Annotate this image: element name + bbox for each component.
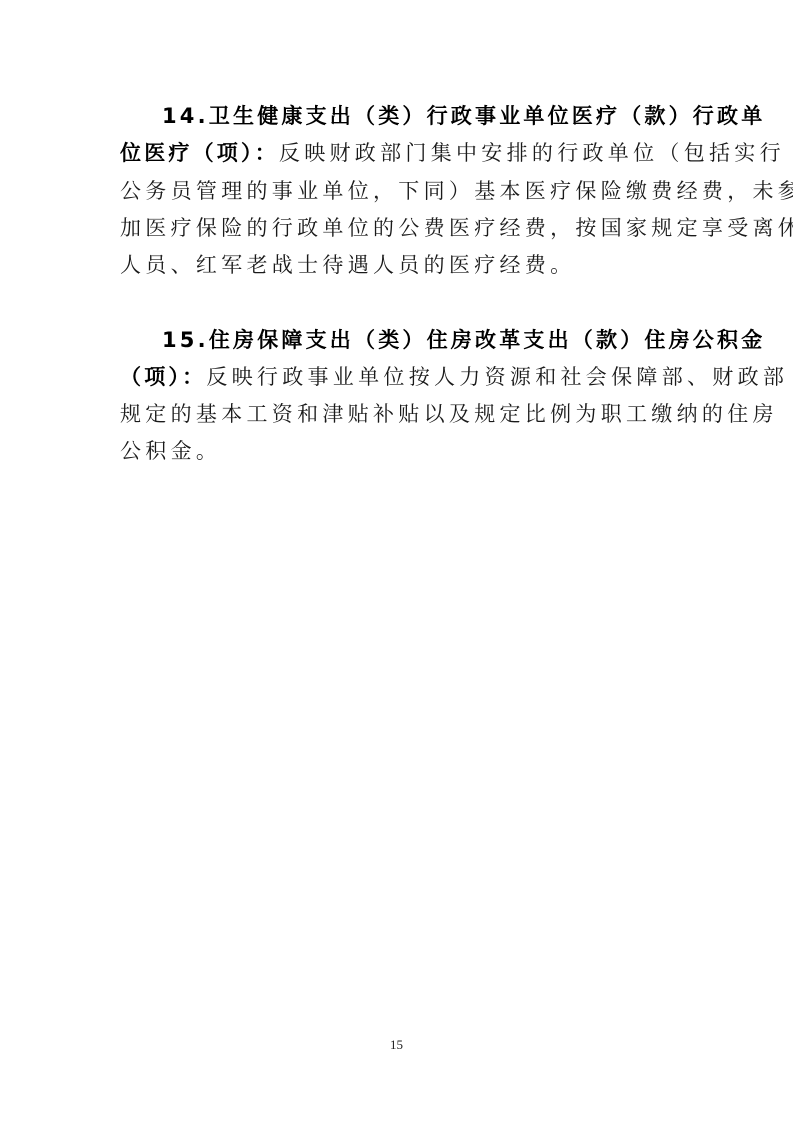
section-15-title-end: （项）：: [120, 365, 206, 389]
section-15-title: 15.住房保障支出（类）住房改革支出（款）住房公积金: [162, 328, 765, 352]
section-15-body-text: 反映行政事业单位按人力资源和社会保障部、财政部: [206, 365, 788, 389]
section-14-body-text: 加医疗保险的行政单位的公费医疗经费，按国家规定享受离休: [120, 216, 793, 240]
section-14-body-text: 反映财政部门集中安排的行政单位（包括实行: [279, 141, 785, 165]
section-14-body-text: 公务员管理的事业单位，下同）基本医疗保险缴费经费，未参: [120, 179, 793, 203]
section-14-title: 14.卫生健康支出（类）行政事业单位医疗（款）行政单: [162, 104, 765, 128]
section-15-line-4: 公积金。: [120, 433, 676, 470]
document-page: 14.卫生健康支出（类）行政事业单位医疗（款）行政单 位医疗（项）：反映财政部门…: [0, 0, 793, 1122]
section-14-line-5: 人员、红军老战士待遇人员的医疗经费。: [120, 247, 676, 284]
section-14-title-end: 位医疗（项）：: [120, 141, 279, 165]
section-14-line-4: 加医疗保险的行政单位的公费医疗经费，按国家规定享受离休: [120, 210, 676, 247]
section-15-heading: 15.住房保障支出（类）住房改革支出（款）住房公积金: [162, 322, 676, 359]
section-15-body-text: 规定的基本工资和津贴补贴以及规定比例为职工缴纳的住房: [120, 402, 778, 426]
section-14-body-text: 人员、红军老战士待遇人员的医疗经费。: [120, 253, 575, 277]
section-14-line-3: 公务员管理的事业单位，下同）基本医疗保险缴费经费，未参: [120, 173, 676, 210]
section-15-line-3: 规定的基本工资和津贴补贴以及规定比例为职工缴纳的住房: [120, 396, 676, 433]
section-15-body-text: 公积金。: [120, 439, 221, 463]
section-15-line-2: （项）：反映行政事业单位按人力资源和社会保障部、财政部: [120, 359, 676, 396]
page-number: 15: [0, 1037, 793, 1053]
section-14-heading: 14.卫生健康支出（类）行政事业单位医疗（款）行政单: [162, 98, 676, 135]
section-14-line-2: 位医疗（项）：反映财政部门集中安排的行政单位（包括实行: [120, 135, 676, 172]
